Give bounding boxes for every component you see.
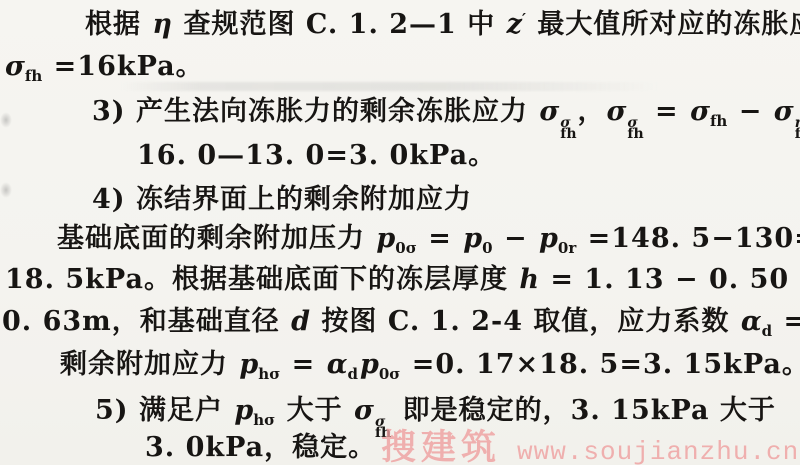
scanned-document-page: 根据 η 查规范图 C. 1. 2—1 中 z′ 最大值所对应的冻胀应力， σf… bbox=[0, 0, 800, 465]
conclusion-text: 3. 0kPa，稳定。 bbox=[145, 432, 376, 463]
text-line: 16. 0—13. 0=3. 0kPa。 bbox=[137, 139, 496, 173]
scan-artifact bbox=[0, 182, 12, 198]
text-run: − bbox=[494, 223, 538, 254]
text-run: 查规范图 C. 1. 2—1 中 bbox=[173, 9, 506, 40]
text-run: 最大值所对应的冻胀应力， bbox=[527, 9, 800, 40]
math-variable-p0sigma: p0σ bbox=[375, 223, 417, 254]
text-line: 基础底面的剩余附加压力 p0σ = p0 − p0r =148. 5−130= bbox=[57, 222, 800, 256]
math-variable-d: d bbox=[290, 306, 311, 337]
text-run: 大于 bbox=[276, 395, 353, 426]
math-variable-sigma-sup-sub: σσfh bbox=[606, 96, 645, 127]
text-run: =0. 17； bbox=[773, 306, 800, 337]
math-variable-sigma-sup-sub: σσfh bbox=[353, 395, 392, 426]
math-variable-z-prime: z′ bbox=[506, 9, 527, 40]
text-run: 3) 产生法向冻胀力的剩余冻胀应力 bbox=[92, 96, 538, 127]
scan-artifact bbox=[0, 112, 12, 128]
math-variable-sigma-sup-sub: σσfh bbox=[538, 96, 577, 127]
text-run: 基础底面的剩余附加压力 bbox=[57, 223, 375, 254]
math-variable-alpha-d: αd bbox=[326, 349, 359, 380]
text-run: 0. 63m，和基础直径 bbox=[2, 306, 290, 337]
math-variable-p0sigma: p0σ bbox=[359, 349, 401, 380]
text-run: 18. 5kPa。根据基础底面下的冻层厚度 bbox=[5, 264, 518, 295]
math-variable-alpha-d: αd bbox=[740, 306, 773, 337]
math-variable-sigma-fh: σfh bbox=[689, 96, 728, 127]
text-run: 4) 冻结界面上的剩余附加应力 bbox=[92, 184, 472, 215]
math-variable-eta: η bbox=[151, 9, 173, 40]
math-variable-h: h bbox=[518, 264, 540, 295]
math-variable-ph-sigma: phσ bbox=[238, 349, 281, 380]
math-variable-sigma-sup-sub: σrfh bbox=[773, 96, 800, 127]
text-run: = bbox=[281, 349, 325, 380]
math-variable-ph-sigma: phσ bbox=[233, 395, 276, 426]
text-run: = 1. 13 − 0. 50 = bbox=[540, 264, 800, 295]
text-run: 按图 C. 1. 2-4 取值，应力系数 bbox=[311, 306, 740, 337]
list-item-4: 4) 冻结界面上的剩余附加应力 bbox=[92, 183, 472, 217]
math-variable-p0r: p0r bbox=[538, 223, 577, 254]
text-run: =148. 5−130= bbox=[577, 223, 800, 254]
math-variable-sigma-fh: σfh bbox=[4, 51, 43, 82]
text-run: ， bbox=[578, 96, 606, 127]
text-run: =16kPa。 bbox=[43, 51, 203, 82]
text-run: = bbox=[418, 223, 462, 254]
text-line: 3. 0kPa，稳定。 bbox=[145, 431, 376, 465]
text-run: − bbox=[728, 96, 772, 127]
list-item-3: 3) 产生法向冻胀力的剩余冻胀应力 σσfh，σσfh = σfh − σrfh… bbox=[92, 95, 800, 140]
text-run: 根据 bbox=[85, 9, 151, 40]
watermark-url: www.soujianzhu.cn bbox=[517, 437, 799, 465]
text-run: 5) 满足户 bbox=[95, 395, 233, 426]
text-run: 剩余附加应力 bbox=[60, 349, 238, 380]
text-run: = bbox=[645, 96, 689, 127]
text-line: σfh =16kPa。 bbox=[4, 50, 204, 84]
text-run: =0. 17×18. 5=3. 15kPa。 bbox=[401, 349, 800, 380]
math-variable-p0: p0 bbox=[462, 223, 493, 254]
text-run: 即是稳定的，3. 15kPa 大于 bbox=[392, 395, 776, 426]
text-line: 根据 η 查规范图 C. 1. 2—1 中 z′ 最大值所对应的冻胀应力， bbox=[85, 8, 800, 42]
text-line: 0. 63m，和基础直径 d 按图 C. 1. 2-4 取值，应力系数 αd =… bbox=[2, 305, 800, 339]
equation-result: 16. 0—13. 0=3. 0kPa。 bbox=[137, 140, 496, 171]
text-line: 18. 5kPa。根据基础底面下的冻层厚度 h = 1. 13 − 0. 50 … bbox=[5, 263, 800, 297]
text-line: 剩余附加应力 phσ = αdp0σ =0. 17×18. 5=3. 15kPa… bbox=[60, 348, 800, 382]
